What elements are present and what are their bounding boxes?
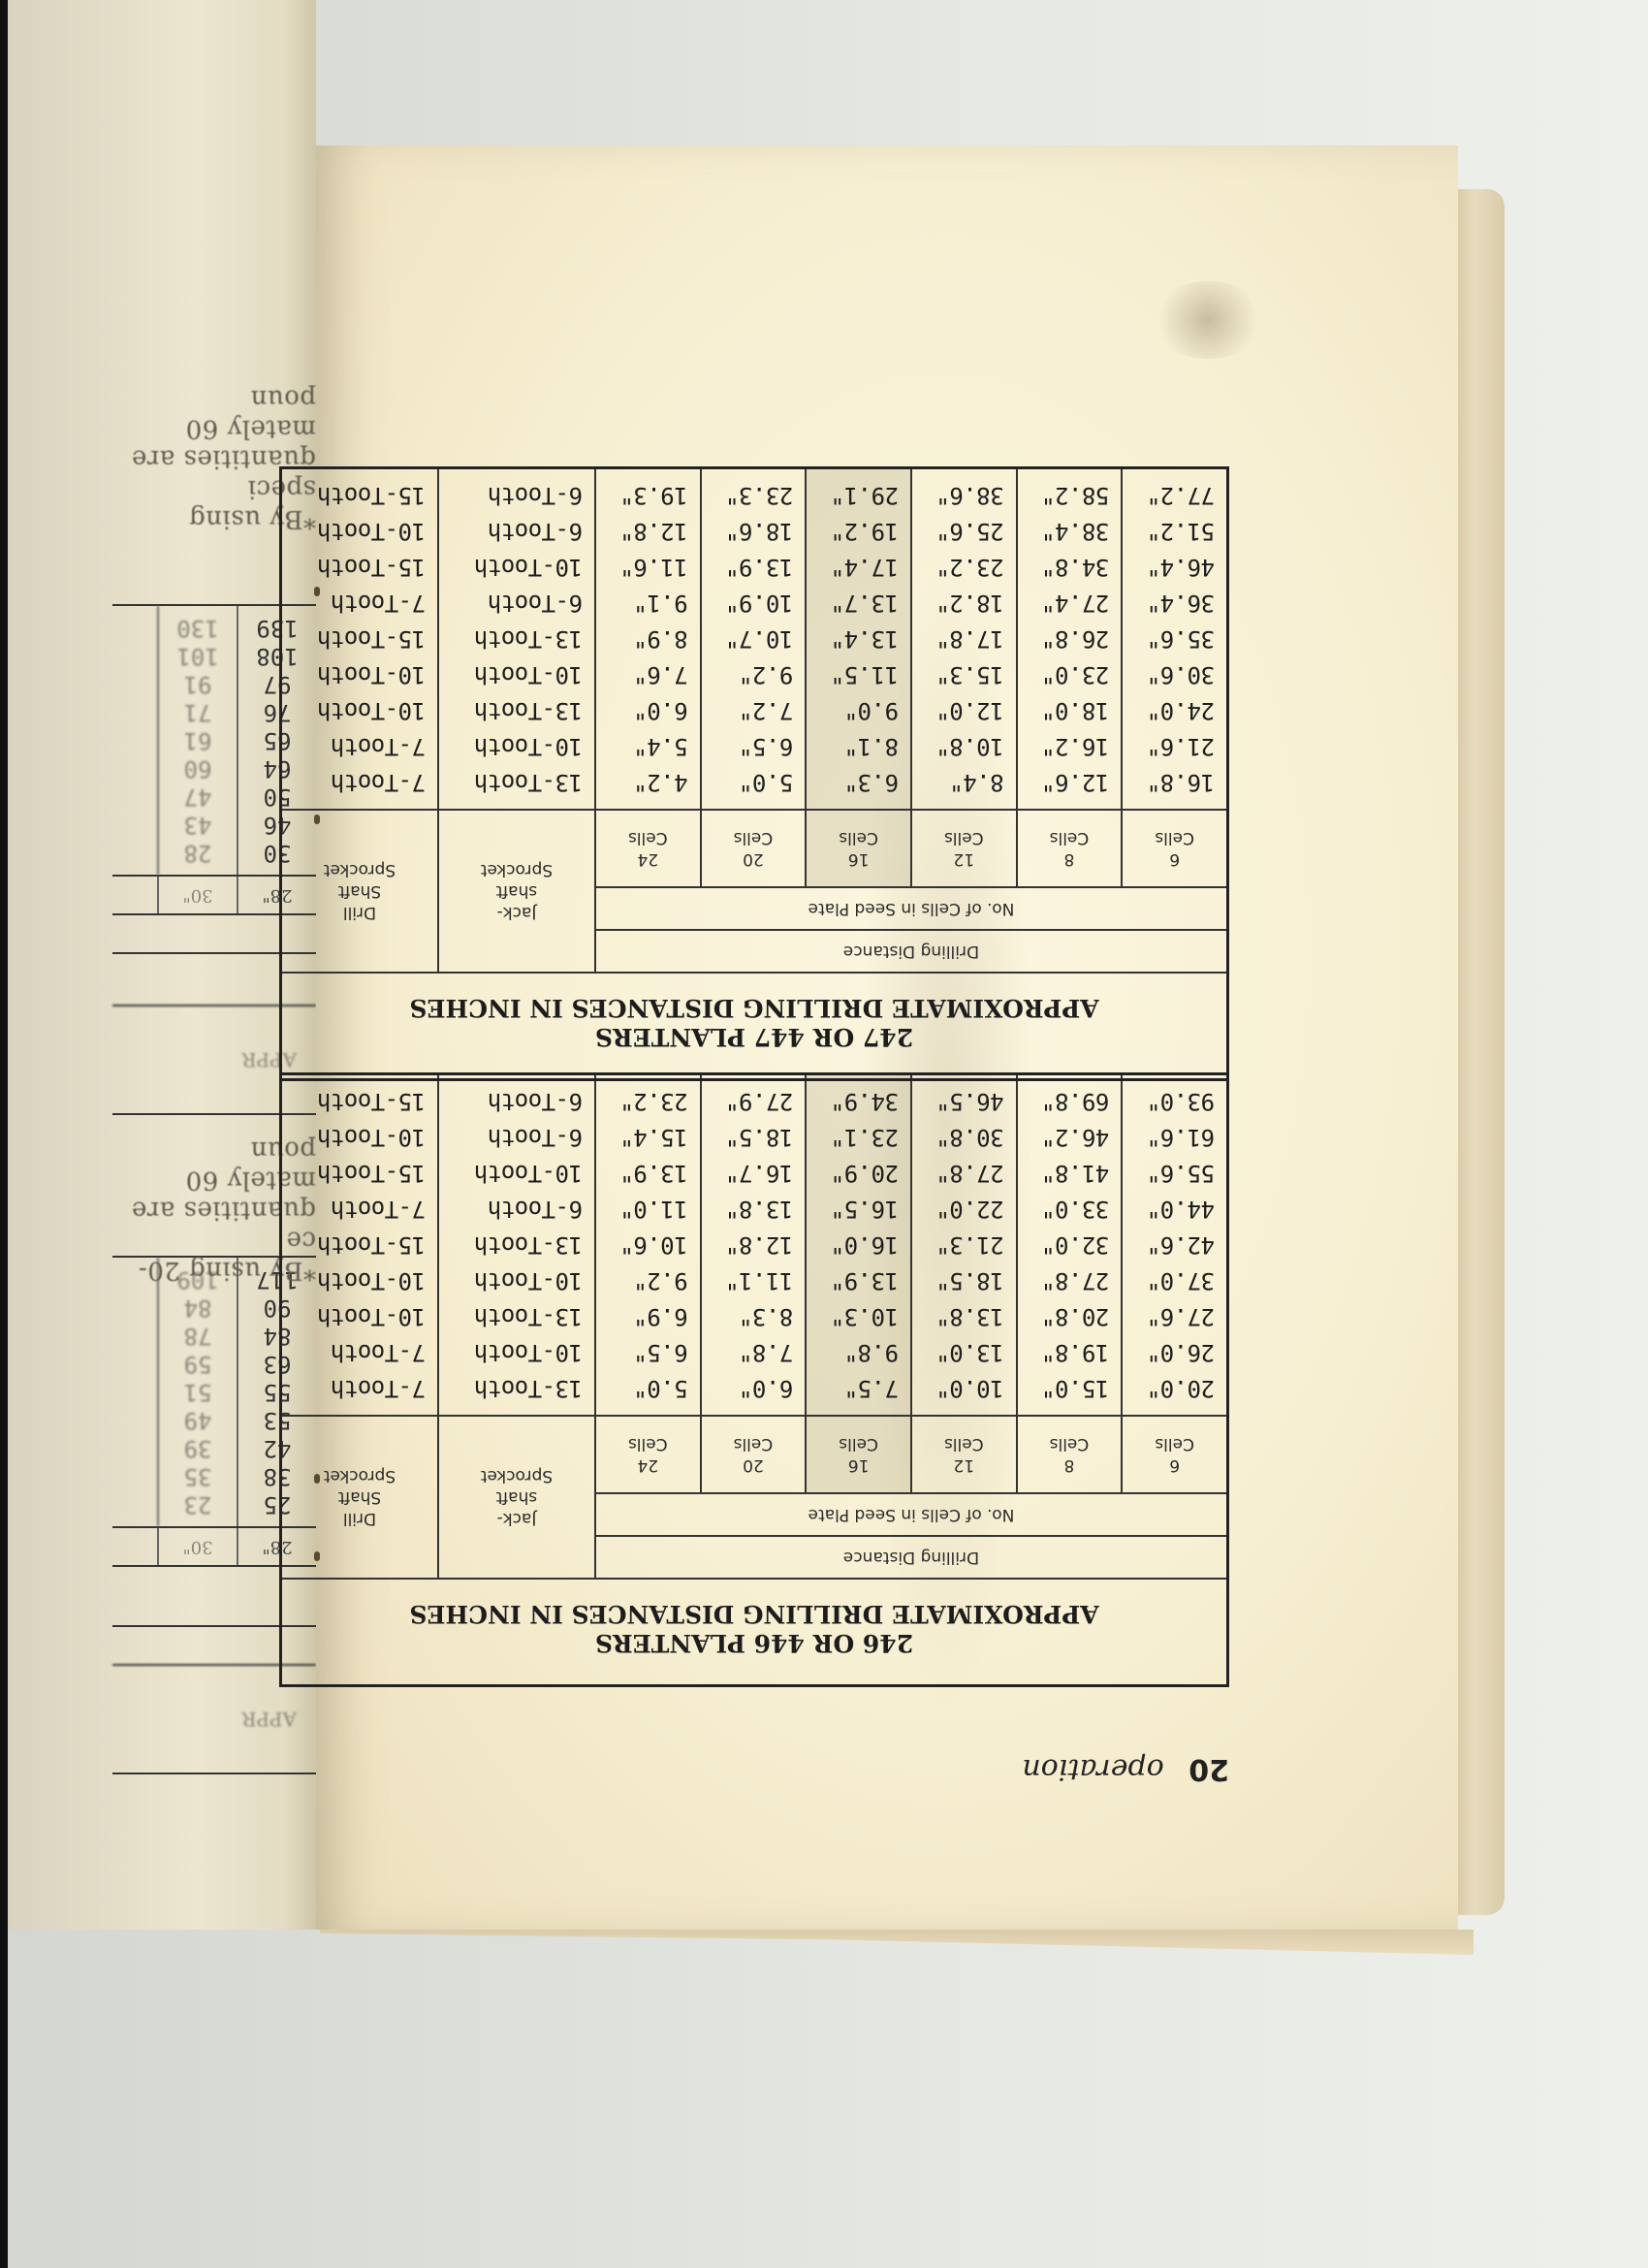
distance-value: 10.6" bbox=[595, 1229, 701, 1264]
header-line: Sprocket bbox=[439, 1465, 594, 1486]
cell-label: Cells bbox=[1018, 1433, 1122, 1454]
distance-value: 18.6" bbox=[701, 515, 807, 551]
distance-value: 27.8" bbox=[1017, 1264, 1123, 1300]
distance-value: 11.5" bbox=[806, 658, 911, 694]
table-title: 247 OR 447 PLANTERS APPROXIMATE DRILLING… bbox=[281, 973, 1228, 1080]
scanner-edge bbox=[0, 0, 8, 2268]
left-table-value: 84 bbox=[159, 1294, 237, 1322]
distance-value: 29.1" bbox=[806, 468, 911, 516]
header-cells-20: 20Cells bbox=[701, 1416, 807, 1493]
page-header: 20 operation bbox=[1022, 1752, 1229, 1786]
header-cells-12: 12Cells bbox=[911, 810, 1017, 887]
header-line: shaft bbox=[439, 880, 594, 902]
cell-count: 8 bbox=[1018, 848, 1122, 870]
drill-shaft-sprocket-value: 15-Tooth bbox=[281, 468, 439, 516]
distance-value: 9.0" bbox=[806, 694, 911, 730]
cell-label: Cells bbox=[702, 827, 806, 848]
header-line: Drill bbox=[282, 902, 437, 923]
col-header: 30" bbox=[157, 877, 237, 913]
drill-shaft-sprocket-value: 7-Tooth bbox=[281, 730, 439, 766]
jackshaft-sprocket-value: 10-Tooth bbox=[438, 730, 595, 766]
jackshaft-sprocket-value: 13-Tooth bbox=[438, 623, 595, 658]
distance-value: 9.1" bbox=[595, 587, 701, 623]
distance-value: 11.1" bbox=[701, 1264, 807, 1300]
distance-value: 7.2" bbox=[701, 694, 807, 730]
drill-shaft-sprocket-value: 7-Tooth bbox=[281, 766, 439, 810]
distance-value: 10.9" bbox=[701, 587, 807, 623]
distance-value: 20.9" bbox=[806, 1157, 911, 1193]
distance-value: 24.0" bbox=[1122, 694, 1227, 730]
table-row: 35.6"26.8"17.8"13.4"10.7"8.9"13-Tooth15-… bbox=[281, 623, 1228, 658]
distance-value: 5.0" bbox=[595, 1372, 701, 1416]
distance-value: 61.6" bbox=[1122, 1121, 1227, 1157]
drill-shaft-sprocket-value: 15-Tooth bbox=[281, 623, 439, 658]
distance-value: 13.9" bbox=[806, 1264, 911, 1300]
table-title: 246 OR 446 PLANTERS APPROXIMATE DRILLING… bbox=[281, 1579, 1228, 1686]
drill-shaft-sprocket-value: 15-Tooth bbox=[281, 1229, 439, 1264]
distance-value: 18.2" bbox=[911, 587, 1017, 623]
drilling-table-246-446: 246 OR 446 PLANTERS APPROXIMATE DRILLING… bbox=[279, 1072, 1229, 1687]
cell-label: Cells bbox=[1123, 1433, 1226, 1454]
drill-shaft-sprocket-value: 7-Tooth bbox=[281, 1372, 439, 1416]
distance-value: 32.0" bbox=[1017, 1229, 1123, 1264]
header-cells-in-seed-plate: No. of Cells in Seed Plate bbox=[595, 1493, 1228, 1536]
table-title-line1: 247 OR 447 PLANTERS bbox=[282, 1022, 1226, 1051]
distance-value: 46.4" bbox=[1122, 551, 1227, 587]
left-table-value: 47 bbox=[159, 783, 237, 811]
distance-value: 12.0" bbox=[911, 694, 1017, 730]
distance-value: 16.0" bbox=[806, 1229, 911, 1264]
jackshaft-sprocket-value: 13-Tooth bbox=[438, 1372, 595, 1416]
header-line: Sprocket bbox=[282, 859, 437, 880]
table-row: 42.6"32.0"21.3"16.0"12.8"10.6"13-Tooth15… bbox=[281, 1229, 1228, 1264]
distance-value: 6.5" bbox=[595, 1336, 701, 1372]
cell-count: 6 bbox=[1123, 848, 1226, 870]
table-row: 37.0"27.8"18.5"13.9"11.1"9.2"10-Tooth10-… bbox=[281, 1264, 1228, 1300]
distance-value: 13.8" bbox=[701, 1193, 807, 1229]
distance-value: 12.8" bbox=[701, 1229, 807, 1264]
col-header: 30" bbox=[157, 1528, 237, 1565]
distance-value: 34.8" bbox=[1017, 551, 1123, 587]
distance-value: 77.2" bbox=[1122, 468, 1227, 516]
distance-value: 26.0" bbox=[1122, 1336, 1227, 1372]
distance-value: 11.6" bbox=[595, 551, 701, 587]
header-drilling-distance: Drilling Distance bbox=[595, 930, 1228, 973]
cell-count: 12 bbox=[912, 848, 1016, 870]
distance-value: 20.8" bbox=[1017, 1300, 1123, 1336]
cell-label: Cells bbox=[912, 827, 1016, 848]
drill-shaft-sprocket-value: 10-Tooth bbox=[281, 1264, 439, 1300]
cell-label: Cells bbox=[1018, 827, 1122, 848]
distance-value: 33.0" bbox=[1017, 1193, 1123, 1229]
drill-shaft-sprocket-value: 7-Tooth bbox=[281, 587, 439, 623]
cell-count: 16 bbox=[807, 848, 910, 870]
header-drilling-distance: Drilling Distance bbox=[595, 1536, 1228, 1579]
jackshaft-sprocket-value: 10-Tooth bbox=[438, 551, 595, 587]
distance-value: 4.2" bbox=[595, 766, 701, 810]
left-table-value: 78 bbox=[159, 1322, 237, 1350]
distance-value: 21.6" bbox=[1122, 730, 1227, 766]
distance-value: 41.8" bbox=[1017, 1157, 1123, 1193]
distance-value: 46.2" bbox=[1017, 1121, 1123, 1157]
table-row: 21.6"16.2"10.8"8.1"6.5"5.4"10-Tooth7-Too… bbox=[281, 730, 1228, 766]
distance-value: 21.3" bbox=[911, 1229, 1017, 1264]
left-page-fragment: APPR 28" 30" 2538425355638490117 2335394… bbox=[8, 0, 316, 1930]
left-table-col-30: 2335394951597884109 bbox=[157, 1258, 237, 1526]
distance-value: 11.0" bbox=[595, 1193, 701, 1229]
distance-value: 5.4" bbox=[595, 730, 701, 766]
left-table-value: 49 bbox=[159, 1406, 237, 1434]
drill-shaft-sprocket-value: 10-Tooth bbox=[281, 694, 439, 730]
table-row: 46.4"34.8"23.2"17.4"13.9"11.6"10-Tooth15… bbox=[281, 551, 1228, 587]
left-table-value: 43 bbox=[159, 811, 237, 839]
left-table-value: 91 bbox=[159, 670, 237, 698]
header-line: Jack- bbox=[439, 902, 594, 923]
header-line: Drill bbox=[282, 1508, 437, 1529]
cell-count: 24 bbox=[596, 1454, 700, 1476]
left-table-value: 59 bbox=[159, 1350, 237, 1378]
table-row: 30.6"23.0"15.3"11.5"9.2"7.6"10-Tooth10-T… bbox=[281, 658, 1228, 694]
jackshaft-sprocket-value: 6-Tooth bbox=[438, 468, 595, 516]
table-row: 26.0"19.8"13.0"9.8"7.8"6.5"10-Tooth7-Too… bbox=[281, 1336, 1228, 1372]
distance-value: 8.9" bbox=[595, 623, 701, 658]
cell-count: 6 bbox=[1123, 1454, 1226, 1476]
drill-shaft-sprocket-value: 10-Tooth bbox=[281, 1121, 439, 1157]
drill-shaft-sprocket-value: 7-Tooth bbox=[281, 1336, 439, 1372]
header-line: shaft bbox=[439, 1486, 594, 1508]
jackshaft-sprocket-value: 13-Tooth bbox=[438, 1229, 595, 1264]
table-row: 61.6"46.2"30.8"23.1"18.5"15.4"6-Tooth10-… bbox=[281, 1121, 1228, 1157]
header-cells-24: 24Cells bbox=[595, 810, 701, 887]
table-row: 77.2"58.2"38.6"29.1"23.3"19.3"6-Tooth15-… bbox=[281, 468, 1228, 516]
distance-value: 6.3" bbox=[806, 766, 911, 810]
header-cells-in-seed-plate: No. of Cells in Seed Plate bbox=[595, 887, 1228, 930]
distance-value: 44.0" bbox=[1122, 1193, 1227, 1229]
header-drill-shaft-sprocket: Drill Shaft Sprocket bbox=[281, 1416, 439, 1579]
footnote-line: mately 60 poun bbox=[112, 383, 316, 443]
header-cells-12: 12Cells bbox=[911, 1416, 1017, 1493]
distance-value: 23.0" bbox=[1017, 658, 1123, 694]
distance-value: 30.8" bbox=[911, 1121, 1017, 1157]
distance-value: 12.6" bbox=[1017, 766, 1123, 810]
left-table-value: 61 bbox=[159, 726, 237, 754]
drill-shaft-sprocket-value: 10-Tooth bbox=[281, 1300, 439, 1336]
table-row: 27.6"20.8"13.8"10.3"8.3"6.9"13-Tooth10-T… bbox=[281, 1300, 1228, 1336]
distance-value: 42.6" bbox=[1122, 1229, 1227, 1264]
distance-value: 8.4" bbox=[911, 766, 1017, 810]
distance-value: 18.0" bbox=[1017, 694, 1123, 730]
header-cells-6: 6Cells bbox=[1122, 810, 1227, 887]
distance-value: 51.2" bbox=[1122, 515, 1227, 551]
distance-value: 10.3" bbox=[806, 1300, 911, 1336]
cell-label: Cells bbox=[596, 827, 700, 848]
table-row: 16.8"12.6"8.4"6.3"5.0"4.2"13-Tooth7-Toot… bbox=[281, 766, 1228, 810]
header-cells-6: 6Cells bbox=[1122, 1416, 1227, 1493]
header-line: Jack- bbox=[439, 1508, 594, 1529]
header-cells-8: 8Cells bbox=[1017, 810, 1123, 887]
distance-value: 13.4" bbox=[806, 623, 911, 658]
distance-value: 23.3" bbox=[701, 468, 807, 516]
distance-value: 37.0" bbox=[1122, 1264, 1227, 1300]
left-table-value: 23 bbox=[159, 1490, 237, 1518]
page-content-rotated: 20 operation 246 OR 446 PLANTERS APPROXI… bbox=[316, 145, 1458, 1930]
distance-value: 8.3" bbox=[701, 1300, 807, 1336]
header-cells-20: 20Cells bbox=[701, 810, 807, 887]
header-cells-24: 24Cells bbox=[595, 1416, 701, 1493]
header-jackshaft-sprocket: Jack- shaft Sprocket bbox=[438, 1416, 595, 1579]
distance-value: 18.5" bbox=[911, 1264, 1017, 1300]
table-row: 55.6"41.8"27.8"20.9"16.7"13.9"10-Tooth15… bbox=[281, 1157, 1228, 1193]
distance-value: 18.5" bbox=[701, 1121, 807, 1157]
cell-count: 24 bbox=[596, 848, 700, 870]
header-drill-shaft-sprocket: Drill Shaft Sprocket bbox=[281, 810, 439, 973]
distance-value: 38.6" bbox=[911, 468, 1017, 516]
cell-label: Cells bbox=[702, 1433, 806, 1454]
cell-label: Cells bbox=[807, 827, 910, 848]
cell-count: 20 bbox=[702, 848, 806, 870]
left-table-value: 130 bbox=[159, 614, 237, 642]
distance-value: 15.0" bbox=[1017, 1372, 1123, 1416]
distance-value: 8.1" bbox=[806, 730, 911, 766]
distance-value: 19.8" bbox=[1017, 1336, 1123, 1372]
distance-value: 6.9" bbox=[595, 1300, 701, 1336]
header-cells-8: 8Cells bbox=[1017, 1416, 1123, 1493]
header-line: Sprocket bbox=[282, 1465, 437, 1486]
jackshaft-sprocket-value: 6-Tooth bbox=[438, 1121, 595, 1157]
cell-label: Cells bbox=[912, 1433, 1016, 1454]
left-table-col-30: 28434760617191101130 bbox=[157, 606, 237, 875]
drill-shaft-sprocket-value: 10-Tooth bbox=[281, 515, 439, 551]
distance-value: 7.6" bbox=[595, 658, 701, 694]
table-title-line2: APPROXIMATE DRILLING DISTANCES IN INCHES bbox=[282, 993, 1226, 1022]
table-row: 24.0"18.0"12.0"9.0"7.2"6.0"13-Tooth10-To… bbox=[281, 694, 1228, 730]
distance-value: 23.2" bbox=[911, 551, 1017, 587]
distance-value: 23.1" bbox=[806, 1121, 911, 1157]
header-cells-16: 16Cells bbox=[806, 810, 911, 887]
table-row: 44.0"33.0"22.0"16.5"13.8"11.0"6-Tooth7-T… bbox=[281, 1193, 1228, 1229]
distance-value: 13.9" bbox=[595, 1157, 701, 1193]
distance-value: 16.8" bbox=[1122, 766, 1227, 810]
drill-shaft-sprocket-value: 15-Tooth bbox=[281, 1157, 439, 1193]
jackshaft-sprocket-value: 10-Tooth bbox=[438, 1264, 595, 1300]
distance-value: 10.7" bbox=[701, 623, 807, 658]
cell-label: Cells bbox=[596, 1433, 700, 1454]
distance-value: 27.4" bbox=[1017, 587, 1123, 623]
cell-count: 12 bbox=[912, 1454, 1016, 1476]
page-stack-edge bbox=[1454, 189, 1505, 1915]
jackshaft-sprocket-value: 13-Tooth bbox=[438, 1300, 595, 1336]
drill-shaft-sprocket-value: 15-Tooth bbox=[281, 551, 439, 587]
distance-value: 5.0" bbox=[701, 766, 807, 810]
table-row: 36.4"27.4"18.2"13.7"10.9"9.1"6-Tooth7-To… bbox=[281, 587, 1228, 623]
header-line: Shaft bbox=[282, 1486, 437, 1508]
distance-value: 19.3" bbox=[595, 468, 701, 516]
left-table-value: 60 bbox=[159, 754, 237, 783]
distance-value: 6.5" bbox=[701, 730, 807, 766]
distance-value: 25.6" bbox=[911, 515, 1017, 551]
distance-value: 16.5" bbox=[806, 1193, 911, 1229]
distance-value: 36.4" bbox=[1122, 587, 1227, 623]
header-line: Shaft bbox=[282, 880, 437, 902]
jackshaft-sprocket-value: 10-Tooth bbox=[438, 1157, 595, 1193]
header-cells-16: 16Cells bbox=[806, 1416, 911, 1493]
cell-label: Cells bbox=[807, 1433, 910, 1454]
distance-value: 58.2" bbox=[1017, 468, 1123, 516]
distance-value: 7.8" bbox=[701, 1336, 807, 1372]
left-table-value: 51 bbox=[159, 1378, 237, 1406]
distance-value: 13.7" bbox=[806, 587, 911, 623]
distance-value: 13.0" bbox=[911, 1336, 1017, 1372]
page-stack-bottom-edge bbox=[320, 1930, 1474, 1955]
distance-value: 35.6" bbox=[1122, 623, 1227, 658]
table-title-line1: 246 OR 446 PLANTERS bbox=[282, 1628, 1226, 1657]
distance-value: 22.0" bbox=[911, 1193, 1017, 1229]
cell-label: Cells bbox=[1123, 827, 1226, 848]
left-table-value: 39 bbox=[159, 1434, 237, 1462]
distance-value: 9.8" bbox=[806, 1336, 911, 1372]
jackshaft-sprocket-value: 10-Tooth bbox=[438, 1336, 595, 1372]
distance-value: 9.2" bbox=[701, 658, 807, 694]
section-title: operation bbox=[1022, 1752, 1163, 1786]
distance-value: 17.4" bbox=[806, 551, 911, 587]
table-row: 20.0"15.0"10.0"7.5"6.0"5.0"13-Tooth7-Too… bbox=[281, 1372, 1228, 1416]
jackshaft-sprocket-value: 13-Tooth bbox=[438, 766, 595, 810]
distance-value: 15.4" bbox=[595, 1121, 701, 1157]
left-page-content: APPR 28" 30" 2538425355638490117 2335394… bbox=[8, 0, 316, 1930]
table-title-line2: APPROXIMATE DRILLING DISTANCES IN INCHES bbox=[282, 1599, 1226, 1628]
left-table-value: 28 bbox=[159, 839, 237, 867]
distance-value: 16.7" bbox=[701, 1157, 807, 1193]
header-jackshaft-sprocket: Jack- shaft Sprocket bbox=[438, 810, 595, 973]
distance-value: 17.8" bbox=[911, 623, 1017, 658]
cell-count: 8 bbox=[1018, 1454, 1122, 1476]
distance-value: 6.0" bbox=[595, 694, 701, 730]
distance-value: 27.6" bbox=[1122, 1300, 1227, 1336]
distance-value: 12.8" bbox=[595, 515, 701, 551]
jackshaft-sprocket-value: 6-Tooth bbox=[438, 515, 595, 551]
distance-value: 16.2" bbox=[1017, 730, 1123, 766]
distance-value: 7.5" bbox=[806, 1372, 911, 1416]
drilling-table-247-447: 247 OR 447 PLANTERS APPROXIMATE DRILLING… bbox=[279, 466, 1229, 1081]
distance-value: 20.0" bbox=[1122, 1372, 1227, 1416]
distance-value: 19.2" bbox=[806, 515, 911, 551]
table-row: 51.2"38.4"25.6"19.2"18.6"12.8"6-Tooth10-… bbox=[281, 515, 1228, 551]
left-table-value: 101 bbox=[159, 642, 237, 670]
distance-value: 55.6" bbox=[1122, 1157, 1227, 1193]
distance-value: 9.2" bbox=[595, 1264, 701, 1300]
drill-shaft-sprocket-value: 7-Tooth bbox=[281, 1193, 439, 1229]
jackshaft-sprocket-value: 6-Tooth bbox=[438, 587, 595, 623]
jackshaft-sprocket-value: 10-Tooth bbox=[438, 658, 595, 694]
cell-count: 20 bbox=[702, 1454, 806, 1476]
distance-value: 27.8" bbox=[911, 1157, 1017, 1193]
distance-value: 13.8" bbox=[911, 1300, 1017, 1336]
distance-value: 13.9" bbox=[701, 551, 807, 587]
page-number: 20 bbox=[1188, 1752, 1229, 1786]
distance-value: 15.3" bbox=[911, 658, 1017, 694]
distance-value: 26.8" bbox=[1017, 623, 1123, 658]
distance-value: 10.8" bbox=[911, 730, 1017, 766]
header-line: Sprocket bbox=[439, 859, 594, 880]
left-table-value: 35 bbox=[159, 1462, 237, 1490]
distance-value: 6.0" bbox=[701, 1372, 807, 1416]
drill-shaft-sprocket-value: 10-Tooth bbox=[281, 658, 439, 694]
cell-count: 16 bbox=[807, 1454, 910, 1476]
jackshaft-sprocket-value: 13-Tooth bbox=[438, 694, 595, 730]
left-table-value: 71 bbox=[159, 698, 237, 726]
distance-value: 30.6" bbox=[1122, 658, 1227, 694]
distance-value: 10.0" bbox=[911, 1372, 1017, 1416]
jackshaft-sprocket-value: 6-Tooth bbox=[438, 1193, 595, 1229]
distance-value: 38.4" bbox=[1017, 515, 1123, 551]
